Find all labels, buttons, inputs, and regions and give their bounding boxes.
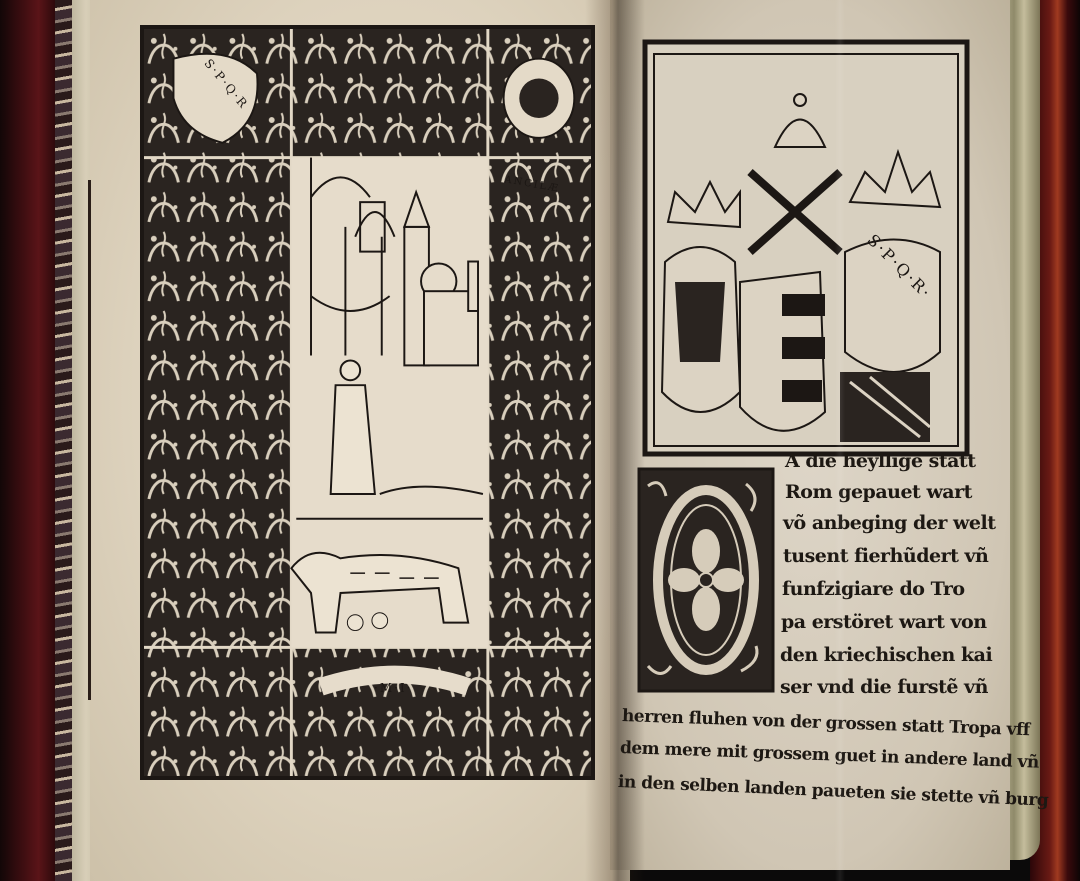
text-line: dem mere mit grossem guet in andere land… [620,738,1040,773]
text-line: tusent fierhũdert vñ [783,545,988,567]
text-line: funfzigiare do Tro [782,578,965,600]
text-line: A die heyllige statt [785,450,975,472]
glass-reflection [835,0,845,881]
text-line: pa erstöret wart von [781,611,987,633]
text-line: herren fluhen von der grossen statt Trop… [622,706,1030,740]
text-line: in den selben landen paueten sie stette … [618,772,1049,811]
text-line: võ anbeging der welt [783,512,995,534]
text-line: den kriechischen kai [780,644,992,666]
text-line: Rom gepauet wart [785,481,972,503]
blackletter-text-block: A die heyllige statt Rom gepauet wart võ… [0,0,1080,881]
text-line: ser vnd die furstẽ vñ [780,676,988,698]
